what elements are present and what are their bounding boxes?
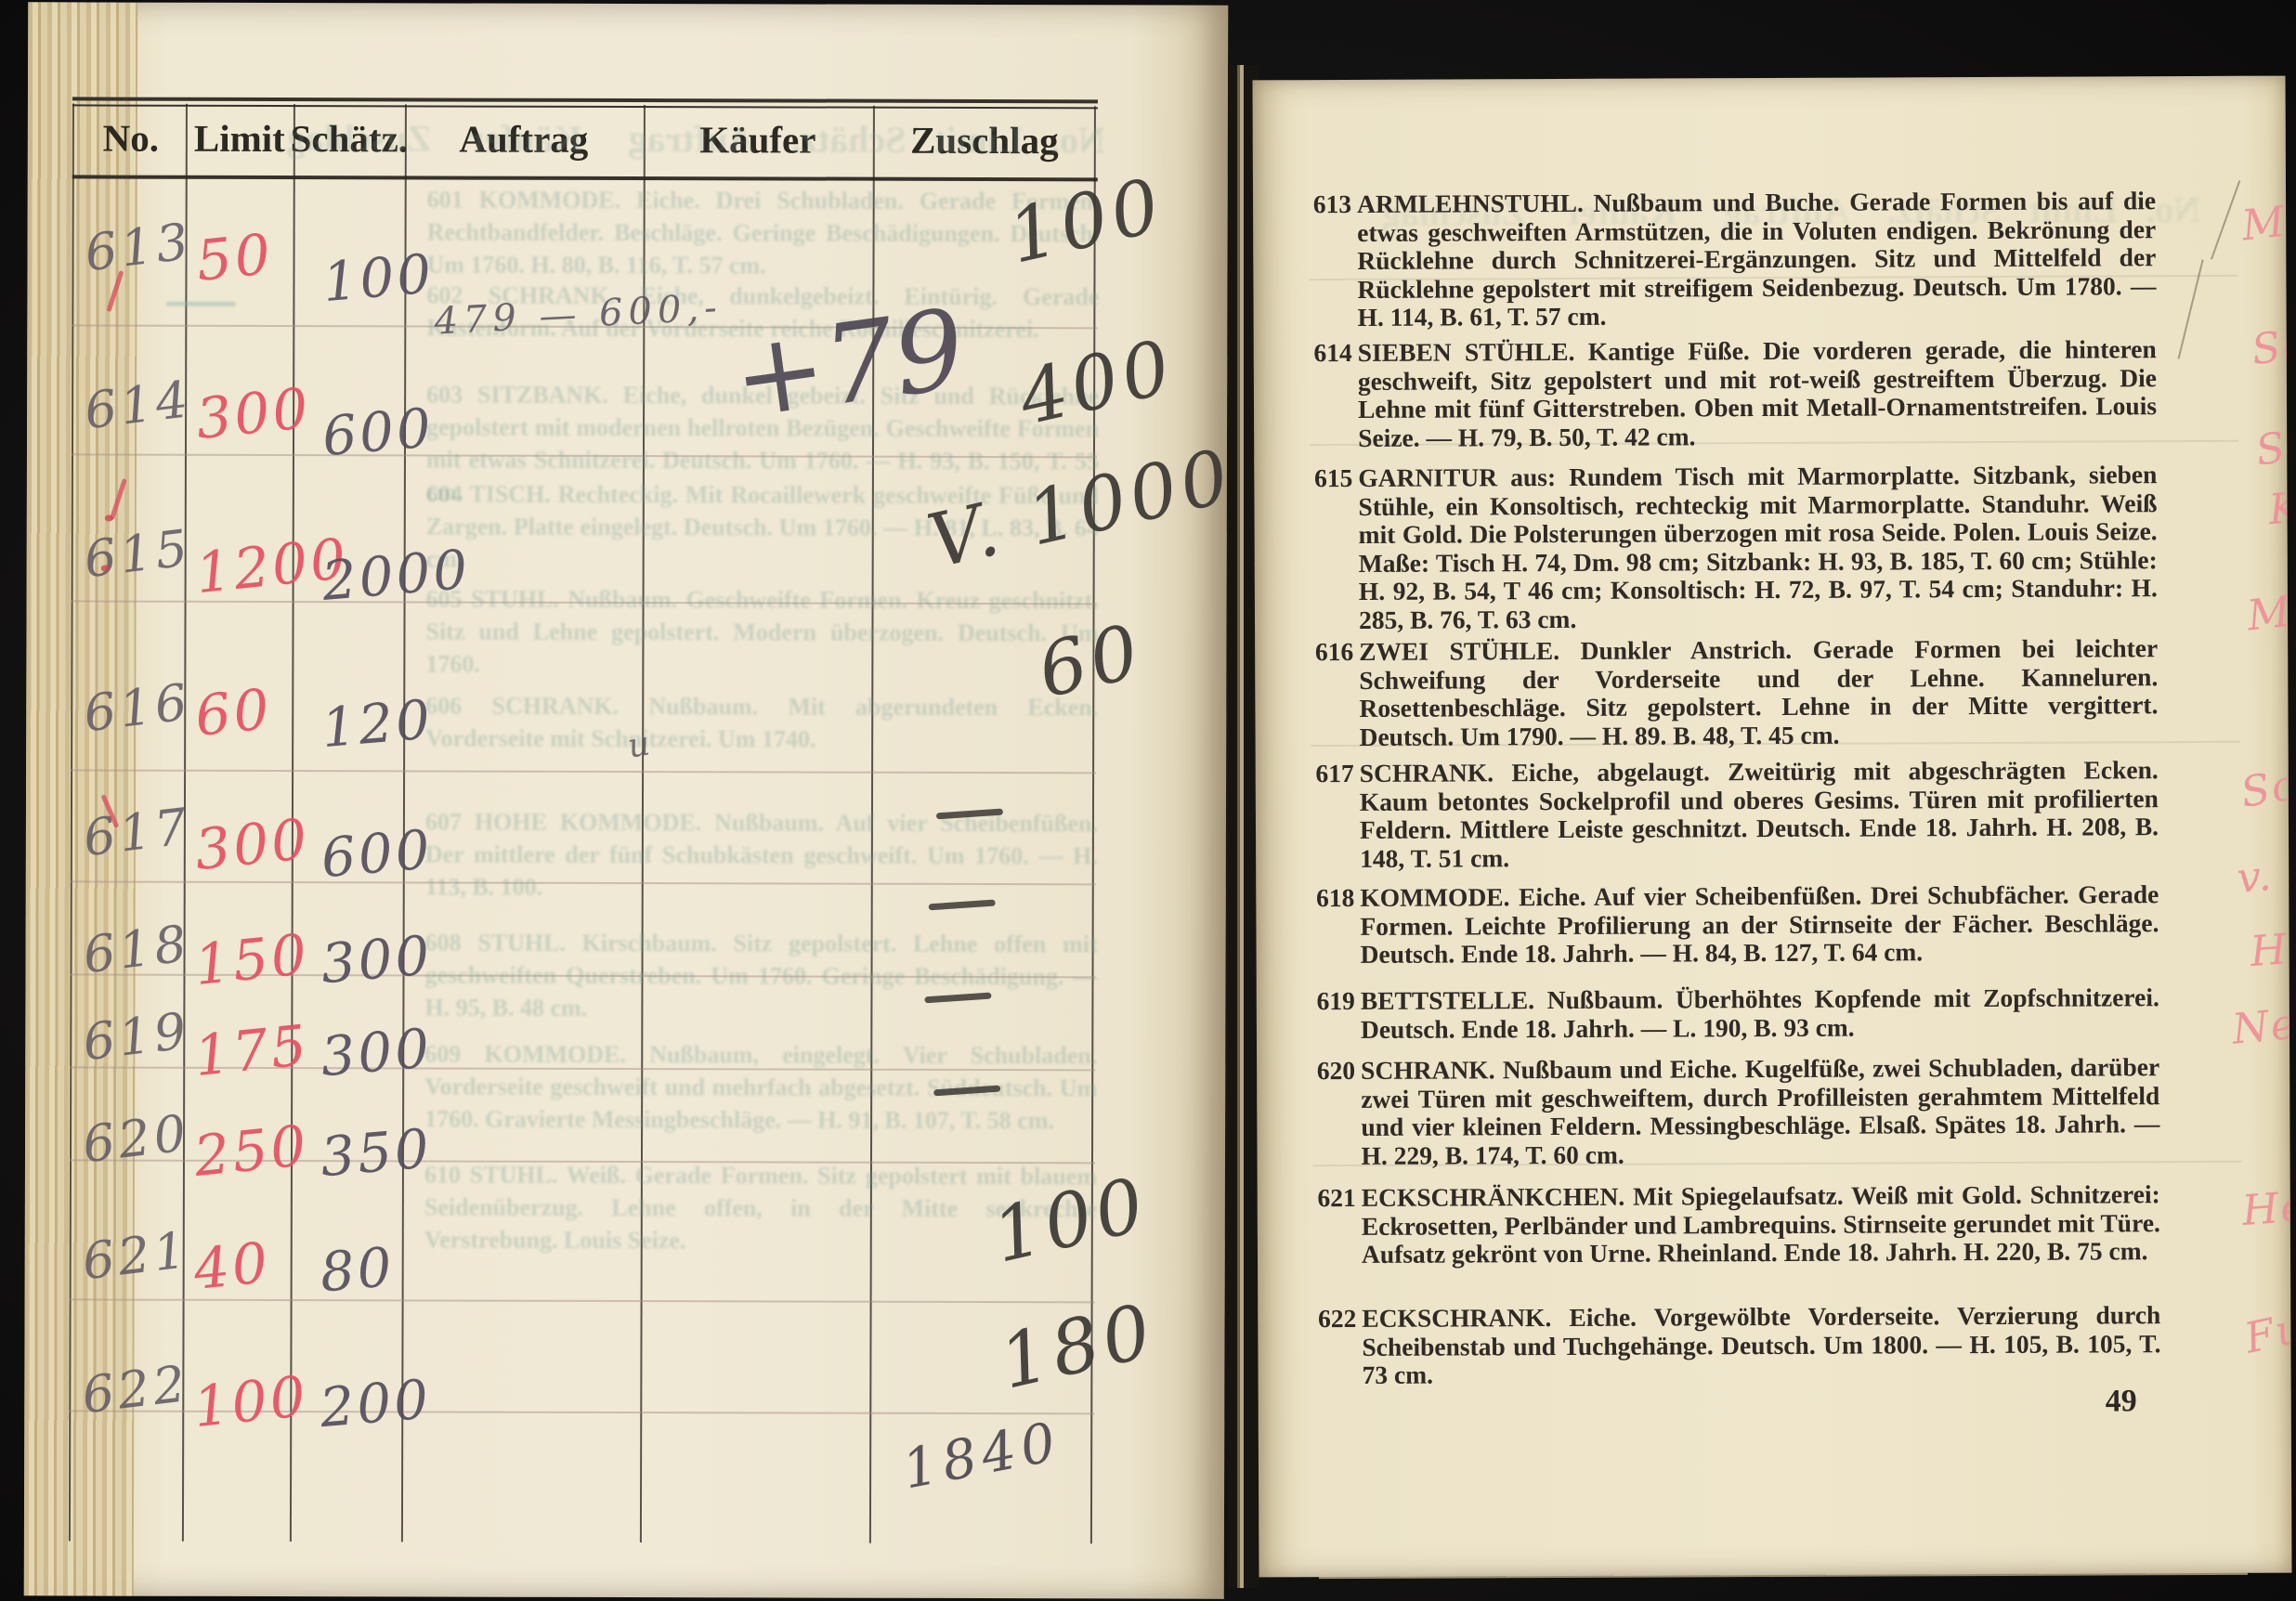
showthrough-entry: 607 HOHE KOMMODE. Nußbaum. Auf vier Sche… (425, 805, 1098, 905)
buyer-name: Haller (2250, 928, 2292, 967)
catalog-entries: 613 ARMLEHNSTUHL. Nußbaum und Buche. Ger… (1252, 76, 2285, 81)
entry-text: BETTSTELLE. Nußbaum. Überhöhtes Kopfende… (1361, 983, 2159, 1043)
lot-number: 622 (79, 1354, 192, 1425)
entry-text: ECKSCHRÄNKCHEN. Mit Spiegelaufsatz. Weiß… (1362, 1179, 2160, 1269)
showthrough-entry: 608 STUHL. Kirschbaum. Sitz gepolstert. … (424, 926, 1097, 1025)
estimate-value: 2000 (320, 538, 473, 613)
limit-value: 100 (190, 1364, 311, 1440)
ledger-row: 615 1200 2000 u V. 1000 (28, 2, 1228, 5)
limit-value: 300 (193, 376, 314, 452)
buyer-name: Karlo (2268, 487, 2292, 524)
buyer-name: v. Hertlein (2236, 842, 2291, 892)
catalog-entry: 622 ECKSCHRANK. Eiche. Vorgewölbte Vorde… (1362, 1301, 2160, 1389)
buyer-name: Schmidt- (2254, 409, 2291, 466)
lot-number: 615 (81, 518, 194, 589)
table-top-rule-2 (72, 104, 1098, 109)
lot-number: 613 (1303, 190, 1351, 219)
showthrough-entry: 605 STUHL. Nußbaum. Geschweifte Formen. … (425, 582, 1098, 682)
lot-number: 613 (82, 212, 195, 282)
lot-number: 621 (79, 1220, 192, 1291)
pencil-ghost-dash (166, 302, 235, 306)
column-header-limit: Limit (194, 116, 285, 161)
lot-number: 620 (1307, 1057, 1355, 1086)
ledger-row: 622 100 200 180 (28, 2, 1228, 5)
buyer-name: Henaer (2241, 1185, 2292, 1226)
row-separator (71, 769, 1096, 774)
lot-number: 619 (80, 1001, 193, 1072)
catalog-entry: 618 KOMMODE. Eiche. Auf vier Scheibenfüß… (1360, 880, 2159, 969)
estimate-value: 80 (318, 1235, 397, 1305)
pen-scratch (2211, 180, 2240, 259)
catalog-page: No. Limit Schätz. Auftrag Käufer Zuschla… (1252, 76, 2291, 1578)
buyer-name: Schaurte (2239, 747, 2292, 808)
buyer-name: Neustifte (2231, 996, 2292, 1044)
handwritten-total: 1840 (897, 1409, 1065, 1501)
estimate-value: 100 (320, 241, 437, 314)
auction-catalog-photo: No. Limit Schätz. Auftrag Käufer Zuschla… (0, 0, 2296, 1601)
entry-text: SIEBEN STÜHLE. Kantige Füße. Die vordere… (1358, 334, 2157, 451)
showthrough-entry: 601 KOMMODE. Eiche. Drei Schubladen. Ger… (426, 183, 1099, 282)
ledger-page: No. Limit Schätz. Auftrag Käufer Zuschla… (24, 2, 1228, 1598)
limit-value: 300 (192, 807, 313, 883)
entry-text: ARMLEHNSTUHL. Nußbaum und Buche. Gerade … (1357, 186, 2157, 332)
catalog-entry: 620 SCHRANK. Nußbaum und Eiche. Kugelfüß… (1361, 1053, 2160, 1170)
showthrough-entry: 606 SCHRANK. Nußbaum. Mit abgerundeten E… (425, 689, 1098, 756)
entry-text: ZWEI STÜHLE. Dunkler Anstrich. Gerade Fo… (1359, 633, 2158, 750)
lot-number: 614 (1304, 339, 1352, 368)
catalog-entry: 614 SIEBEN STÜHLE. Kantige Füße. Die vor… (1358, 335, 2158, 452)
catalog-entry: 617 SCHRANK. Eiche, abgelaugt. Zweitürig… (1360, 756, 2159, 873)
limit-value: 150 (191, 922, 312, 998)
hammer-price: 180 (992, 1287, 1163, 1406)
buyer-name: M. Günder (2246, 576, 2291, 631)
limit-value: 40 (190, 1230, 273, 1303)
lot-number: 619 (1307, 987, 1355, 1016)
lot-number: 621 (1308, 1184, 1356, 1213)
lot-number: 616 (1305, 638, 1353, 667)
limit-value: 250 (191, 1113, 312, 1190)
entry-text: SCHRANK. Eiche, abgelaugt. Zweitürig mit… (1360, 755, 2159, 872)
red-ink-speck (105, 515, 113, 522)
ledger-row: 619 175 300 (28, 2, 1228, 5)
estimate-value: 300 (319, 1016, 435, 1088)
entry-text: ECKSCHRANK. Eiche. Vorgewölbte Vordersei… (1362, 1300, 2160, 1389)
estimate-value: 350 (318, 1116, 434, 1189)
ledger-row: 620 250 350 (28, 2, 1228, 5)
limit-value: 50 (193, 222, 276, 294)
ledger-rows: 613 50 100 100 614 300 600 479 — 600,- +… (28, 2, 1228, 5)
ledger-row: 617 300 600 (28, 2, 1228, 5)
ledger-row: 616 60 120 60 (28, 2, 1228, 5)
red-ink-speck (101, 566, 110, 572)
ledger-row: 613 50 100 100 (28, 2, 1228, 5)
lot-number: 614 (82, 370, 195, 440)
ledger-row: 621 40 80 100 (28, 2, 1228, 5)
catalog-entry: 616 ZWEI STÜHLE. Dunkler Anstrich. Gerad… (1359, 634, 2159, 751)
lot-number: 616 (81, 672, 194, 743)
estimate-value: 200 (318, 1367, 434, 1439)
catalog-entry: 615 GARNITUR aus: Rundem Tisch mit Marmo… (1358, 461, 2158, 634)
lot-number: 615 (1304, 464, 1352, 493)
lot-number: 617 (1306, 760, 1354, 788)
ledger-row: 618 150 300 (28, 2, 1228, 5)
estimate-value: 120 (320, 687, 436, 760)
catalog-entry: 613 ARMLEHNSTUHL. Nußbaum und Buche. Ger… (1357, 187, 2157, 332)
ledger-row: 614 300 600 479 — 600,- +79 400 (28, 2, 1228, 5)
limit-value: 175 (191, 1013, 312, 1089)
buyer-name: Schaurte (2250, 310, 2292, 364)
page-number: 49 (2106, 1384, 2137, 1419)
lot-number: 622 (1308, 1305, 1356, 1334)
estimate-value: 600 (319, 817, 435, 890)
lot-number: 620 (80, 1103, 193, 1174)
limit-value: 60 (192, 677, 275, 749)
lot-number: 618 (1306, 884, 1354, 913)
entry-text: GARNITUR aus: Rundem Tisch mit Marmorpla… (1358, 460, 2158, 633)
buyer-name: M. Günder (2240, 186, 2291, 241)
catalog-entry: 619 BETTSTELLE. Nußbaum. Überhöhtes Kopf… (1361, 983, 2159, 1044)
table-header-rule (72, 175, 1098, 181)
estimate-value: 300 (319, 923, 435, 996)
estimate-value: 600 (320, 396, 436, 468)
table-top-rule (72, 97, 1098, 103)
column-header-no: No. (103, 116, 159, 161)
lot-number: 617 (81, 797, 194, 867)
entry-text: SCHRANK. Nußbaum und Eiche. Kugelfüße, z… (1361, 1052, 2159, 1169)
buyer-name: Fuhs (2242, 1302, 2291, 1353)
catalog-entry: 621 ECKSCHRÄNKCHEN. Mit Spiegelaufsatz. … (1362, 1180, 2160, 1269)
header-showthrough: No. Limit Schätz. Auftrag Käufer Zuschla… (399, 116, 1105, 162)
entry-text: KOMMODE. Eiche. Auf vier Scheibenfüßen. … (1360, 879, 2159, 969)
showthrough-text-layer: 601 KOMMODE. Eiche. Drei Schubladen. Ger… (28, 2, 1228, 5)
